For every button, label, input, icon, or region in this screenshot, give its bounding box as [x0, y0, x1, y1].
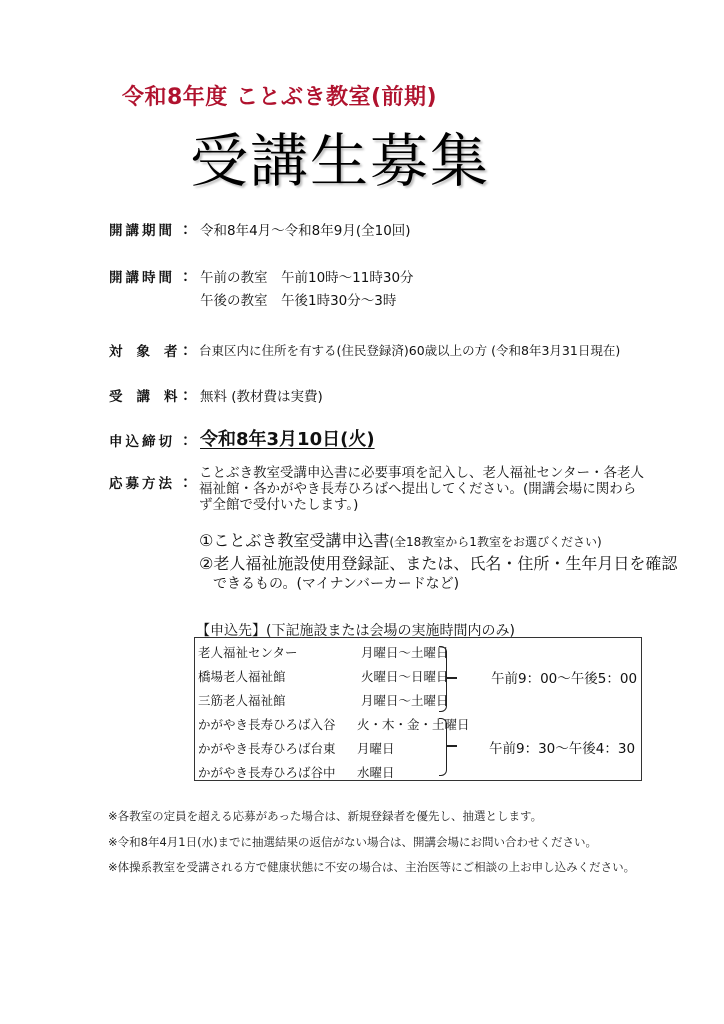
target-label: 対象者 — [109, 340, 192, 360]
method-colon: ： — [182, 471, 197, 492]
facility-days: 月曜日～土曜日 — [361, 643, 449, 661]
time-colon: ： — [182, 265, 197, 286]
group-1-hours: 午前9：00～午後5：00 — [491, 667, 637, 687]
facility-name: 老人福祉センター — [198, 643, 298, 661]
deadline-colon: ： — [182, 429, 197, 450]
page-title: 受講生募集 — [190, 114, 490, 198]
group-1-brace-icon — [439, 646, 447, 712]
period-value: 令和8年4月～令和8年9月(全10回) — [200, 219, 411, 239]
facility-days: 火・木・金・土曜日 — [357, 715, 470, 733]
fee-value: 無料 (教材費は実費) — [200, 385, 323, 405]
required-item-1: ①ことぶき教室受講申込書(全18教室から1教室をお選びください) — [199, 528, 602, 551]
required-item-1-main: ①ことぶき教室受講申込書 — [199, 531, 389, 550]
required-item-1-note: (全18教室から1教室をお選びください) — [389, 535, 601, 549]
method-value: ことぶき教室受講申込書に必要事項を記入し、老人福祉センター・各老人福祉館・各かが… — [199, 465, 644, 513]
facility-name: 橋場老人福祉館 — [198, 667, 286, 685]
facility-name: かがやき長寿ひろば台東 — [198, 739, 336, 757]
group-2-brace-icon — [439, 718, 447, 776]
destinations-box: 老人福祉センター 月曜日～土曜日 橋場老人福祉館 火曜日～日曜日 三筋老人福祉館… — [194, 637, 642, 781]
note-2: ※令和8年4月1日(水)までに抽選結果の返信がない場合は、開講会場にお問い合わせ… — [108, 834, 597, 850]
deadline-value: 令和8年3月10日(火) — [200, 425, 375, 451]
fee-colon: ： — [182, 384, 197, 405]
facility-name: 三筋老人福祉館 — [198, 691, 286, 709]
time-morning: 午前の教室 午前10時～11時30分 — [200, 266, 414, 286]
note-3: ※体操系教室を受講される方で健康状態に不安の場合は、主治医等にご相談の上お申し込… — [108, 859, 635, 875]
period-colon: ： — [182, 218, 197, 239]
facility-days: 月曜日～土曜日 — [361, 691, 449, 709]
facility-name: かがやき長寿ひろば入谷 — [198, 715, 336, 733]
required-item-2-cont: できるもの。(マイナンバーカードなど) — [199, 573, 459, 593]
target-value: 台東区内に住所を有する(住民登録済)60歳以上の方 (令和8年3月31日現在) — [199, 341, 620, 359]
target-colon: ： — [182, 339, 197, 360]
fee-label: 受講料 — [109, 385, 192, 405]
period-label: 開講期間 — [109, 219, 175, 239]
facility-name: かがやき長寿ひろば谷中 — [198, 763, 336, 781]
note-1: ※各教室の定員を超える応募があった場合は、新規登録者を優先し、抽選とします。 — [108, 808, 542, 824]
facility-days: 月曜日 — [357, 739, 395, 757]
method-label: 応募方法 — [109, 472, 175, 492]
required-item-2: ②老人福祉施設使用登録証、または、氏名・住所・生年月日を確認 — [199, 551, 677, 574]
deadline-label: 申込締切 — [109, 430, 175, 450]
group-2-hours: 午前9：30～午後4：30 — [489, 737, 635, 757]
facility-days: 火曜日～日曜日 — [361, 667, 449, 685]
group-1-brace-tip-icon — [447, 677, 457, 679]
facility-days: 水曜日 — [357, 763, 395, 781]
group-2-brace-tip-icon — [447, 745, 457, 747]
time-label: 開講時間 — [109, 266, 175, 286]
time-afternoon: 午後の教室 午後1時30分～3時 — [200, 289, 396, 309]
page-subtitle: 令和8年度 ことぶき教室(前期) — [122, 80, 437, 111]
